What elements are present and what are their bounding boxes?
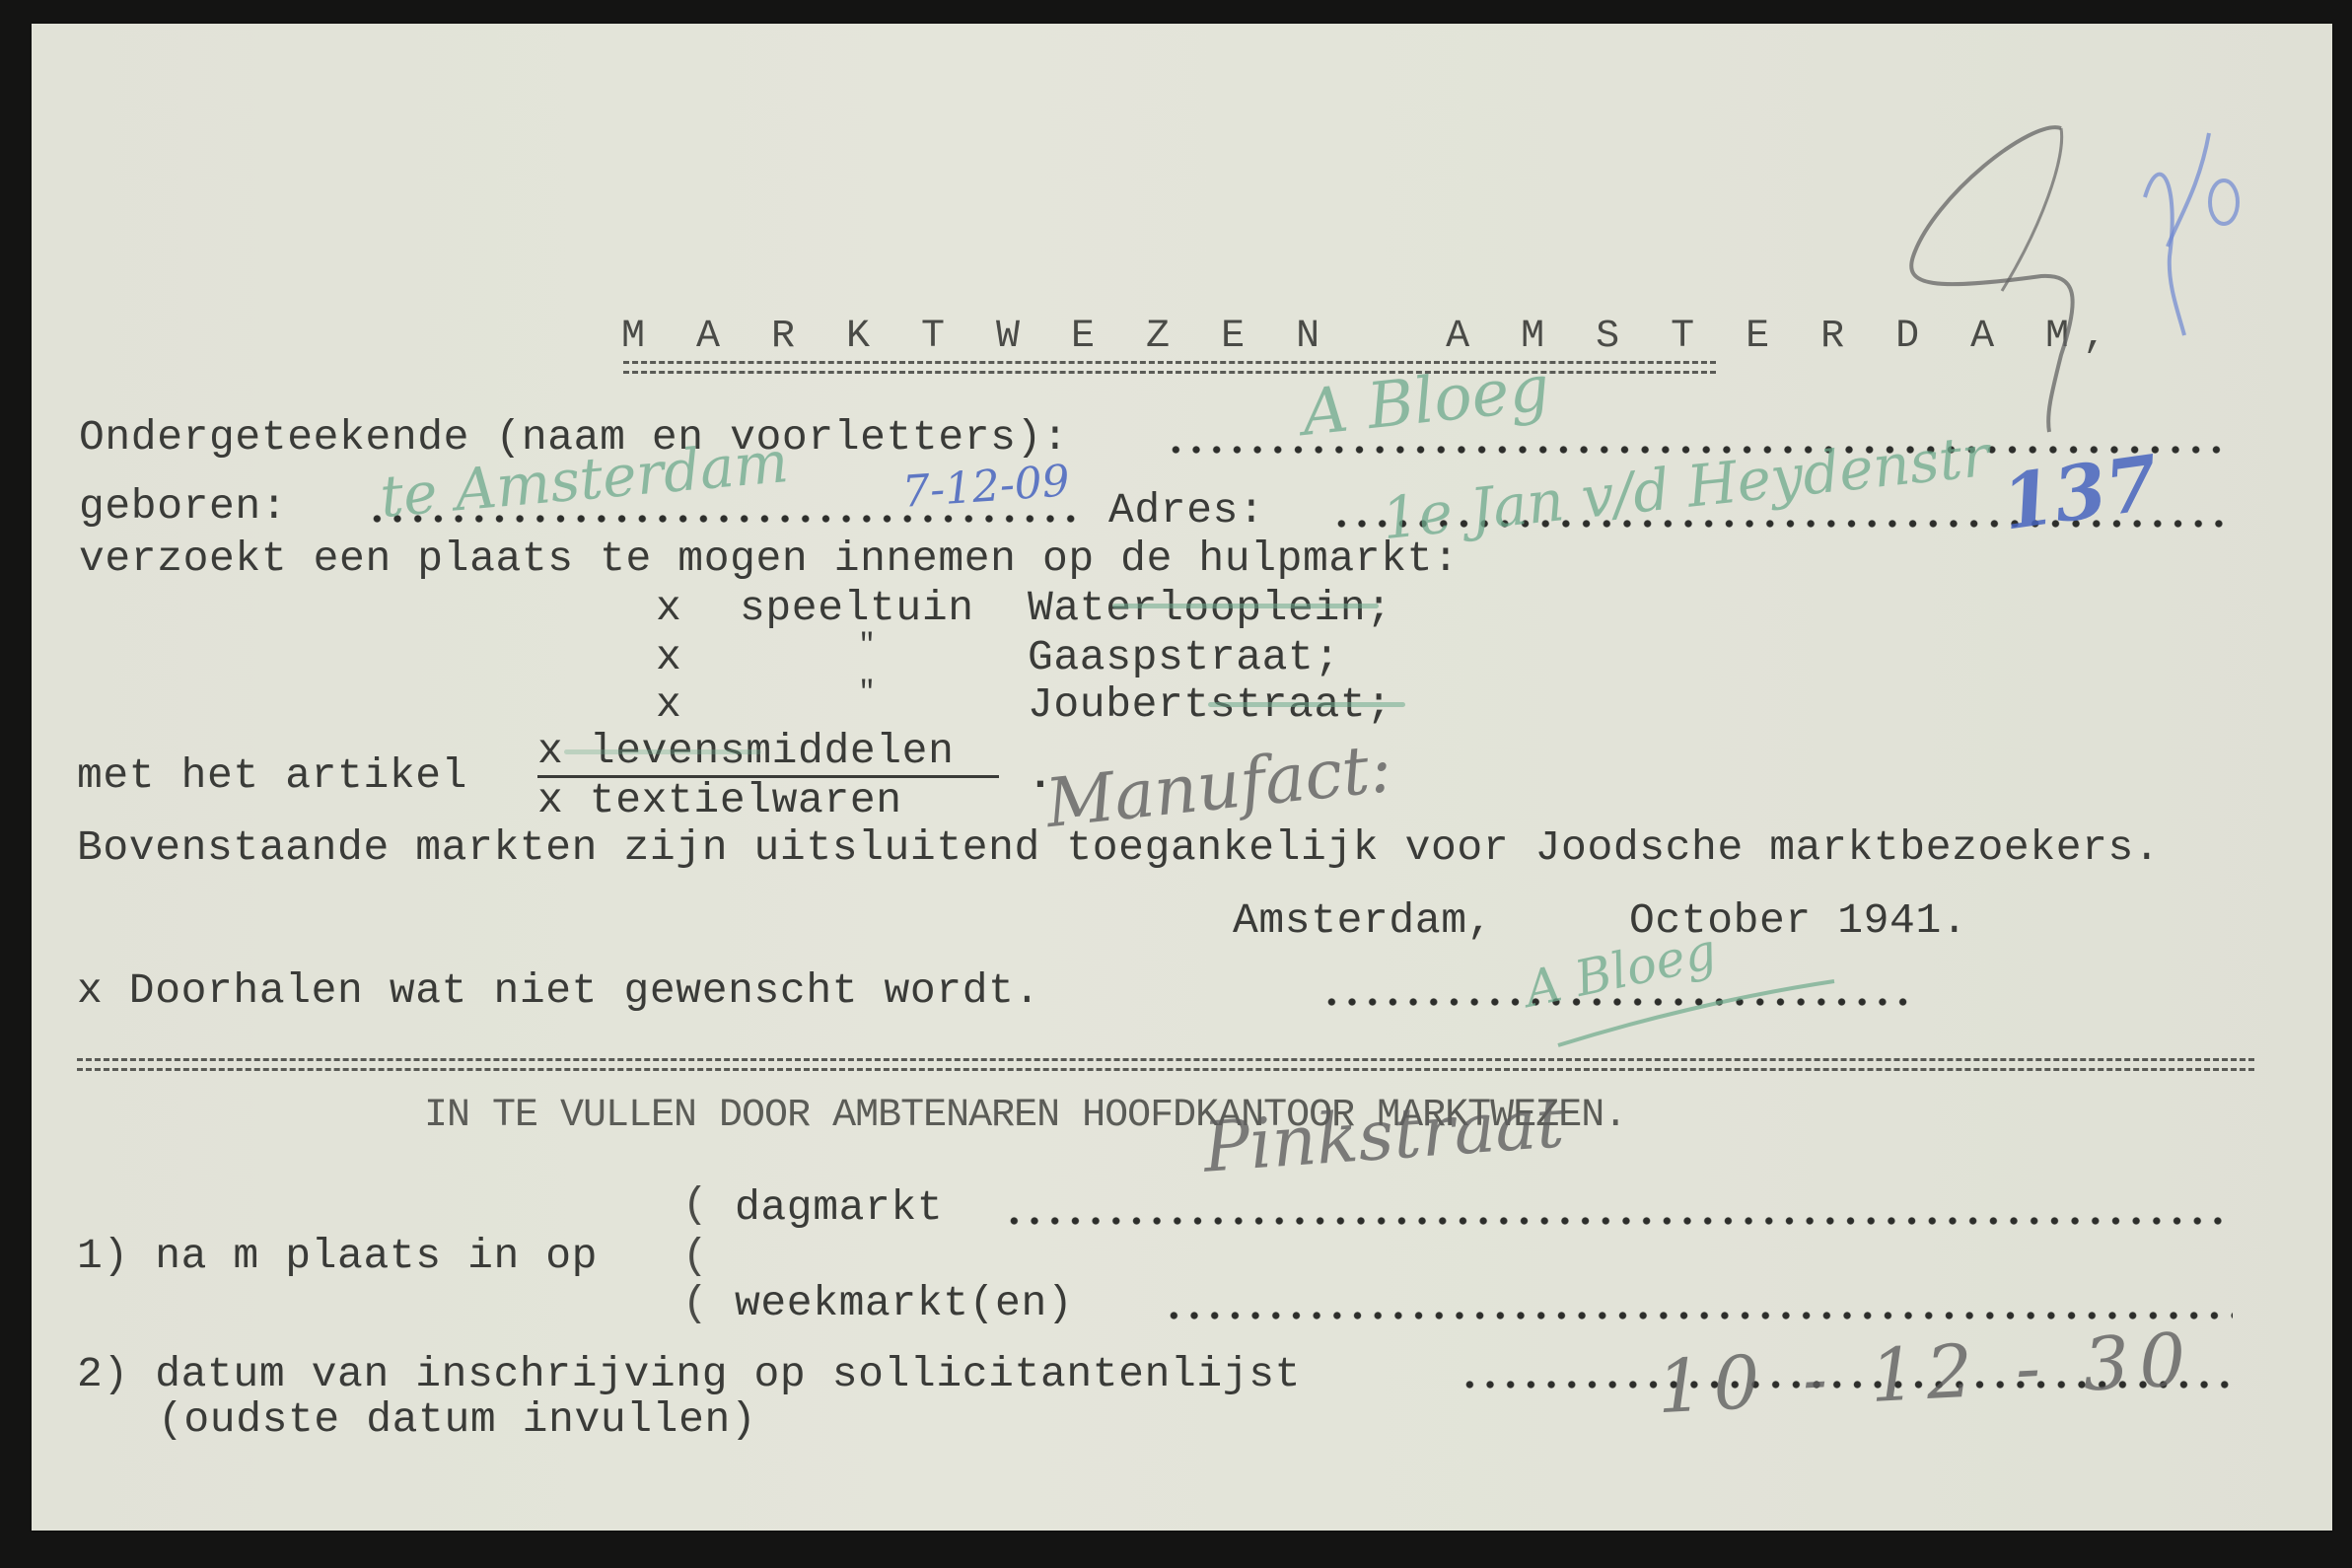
article-food-strike: [564, 749, 761, 754]
market-1-prefix: speeltuin: [740, 587, 974, 629]
strike-instruction: x Doorhalen wat niet gewenscht wordt.: [77, 969, 1040, 1012]
corner-blue-mark-icon: [2140, 128, 2258, 345]
born-label: geboren:: [79, 485, 287, 528]
item1-label: 1) na m plaats in op: [77, 1235, 598, 1277]
notice-text: Bovenstaande markten zijn uitsluitend to…: [77, 826, 2160, 869]
market-3-strikethrough: [1208, 702, 1405, 707]
request-text: verzoekt een plaats te mogen innemen op …: [79, 537, 1459, 580]
brace-bottom: (: [682, 1282, 708, 1324]
signature-underline-stroke: [1548, 976, 1844, 1055]
item2-note: (oudste datum invullen): [158, 1398, 756, 1441]
market-2-name[interactable]: Gaaspstraat;: [1028, 636, 1340, 678]
brace-mid: (: [682, 1235, 708, 1277]
dagmarkt-field[interactable]: [1004, 1217, 2233, 1225]
market-2-marker: x: [656, 636, 681, 678]
market-3-marker: x: [656, 683, 681, 726]
market-1-strikethrough: [1112, 604, 1379, 608]
brace-top: (: [682, 1183, 708, 1226]
article-option-textile[interactable]: x textielwaren: [537, 779, 902, 821]
title-double-underline: [623, 361, 1716, 374]
market-1-marker: x: [656, 587, 681, 629]
address-label: Adres:: [1108, 489, 1264, 532]
market-3-ditto: ": [858, 678, 877, 708]
place-text: Amsterdam,: [1233, 899, 1493, 942]
article-label: met het artikel: [77, 754, 467, 797]
option-weekmarkt[interactable]: weekmarkt(en): [735, 1282, 1073, 1324]
market-2-ditto: ": [858, 631, 877, 661]
section-separator: [77, 1058, 2254, 1071]
weekmarkt-field[interactable]: [1164, 1312, 2233, 1319]
option-dagmarkt[interactable]: dagmarkt: [735, 1186, 943, 1229]
item2-label: 2) datum van inschrijving op sollicitant…: [77, 1353, 1301, 1395]
